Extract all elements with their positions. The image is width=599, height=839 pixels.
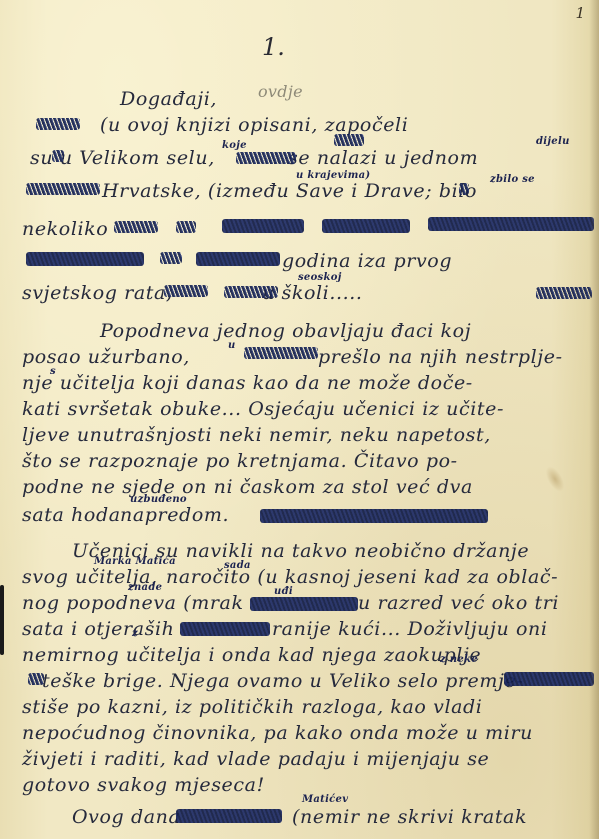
strikeout-blot	[504, 672, 594, 686]
text-line: podne ne sjede on ni časkom za stol već …	[22, 476, 599, 498]
text-line: (nemir ne skrivi kratak	[292, 806, 599, 828]
folio-number: 1	[575, 4, 585, 22]
text-line: nepoćudnog činovnika, pa kako onda može …	[22, 722, 599, 744]
insertion-text: koje	[222, 140, 247, 151]
strikeout-blot	[28, 673, 44, 685]
strikeout-blot	[114, 221, 158, 233]
strikeout-blot	[222, 219, 304, 233]
strikeout-blot	[26, 183, 100, 195]
strikeout-blot	[236, 152, 296, 164]
text-line: stiše po kazni, iz političkih razloga, k…	[22, 696, 599, 718]
insertion-text: Marka Matića	[94, 556, 176, 567]
text-line: godina iza prvog	[282, 250, 599, 272]
insertion-text: znade	[128, 582, 162, 593]
binding-edge-mark	[0, 585, 4, 655]
strikeout-blot	[322, 219, 410, 233]
insertion-text: z	[132, 628, 138, 639]
strikeout-blot	[36, 118, 80, 130]
manuscript-page: 1 1. Događaji,(u ovoj knjizi opisani, za…	[0, 0, 599, 839]
text-line: u razred već oko tri	[358, 592, 599, 614]
insertion-text: z neke	[440, 654, 478, 665]
strikeout-blot	[250, 597, 358, 611]
text-line: živjeti i raditi, kad vlade padaju i mij…	[22, 748, 599, 770]
insertion-text: ovdje	[258, 82, 303, 101]
text-line: (u ovoj knjizi opisani, započeli	[100, 114, 599, 136]
strikeout-blot	[164, 285, 208, 297]
text-line: što se razpoznaje po kretnjama. Čitavo p…	[22, 450, 599, 472]
insertion-text: zbilo se	[490, 174, 535, 185]
text-line: kati svršetak obuke... Osjećaju učenici …	[22, 398, 599, 420]
strikeout-blot	[26, 252, 144, 266]
strikeout-blot	[536, 287, 592, 299]
insertion-text: dijelu	[536, 136, 570, 147]
insertion-text: u	[228, 340, 236, 351]
strikeout-blot	[176, 221, 196, 233]
strikeout-blot	[52, 150, 64, 162]
insertion-text: s	[50, 366, 56, 377]
strikeout-blot	[260, 509, 488, 523]
text-line: ljeve unutrašnjosti neki nemir, neku nap…	[22, 424, 599, 446]
strikeout-blot	[224, 286, 278, 298]
strikeout-blot	[428, 217, 594, 231]
text-line: nemirnog učitelja i onda kad njega zaoku…	[22, 644, 599, 666]
insertion-text: Matićev	[302, 794, 348, 805]
strikeout-blot	[176, 809, 282, 823]
insertion-text: u krajevima)	[296, 170, 370, 181]
strikeout-blot	[180, 622, 270, 636]
strikeout-blot	[334, 134, 364, 146]
insertion-text: uđi	[274, 586, 293, 597]
strikeout-blot	[196, 252, 280, 266]
text-line: Događaji,	[120, 88, 599, 110]
insertion-text: uzbuđeno	[130, 494, 187, 505]
insertion-text: sada	[224, 560, 251, 571]
chapter-heading: 1.	[262, 33, 285, 61]
text-line: se nalazi u jednom	[288, 147, 599, 169]
text-line: nje učitelja koji danas kao da ne može d…	[22, 372, 599, 394]
text-line: ranije kući... Doživljuju oni	[272, 618, 599, 640]
text-line: gotovo svakog mjeseca!	[22, 774, 599, 796]
strikeout-blot	[160, 252, 182, 264]
strikeout-blot	[459, 183, 469, 195]
strikeout-blot	[244, 347, 318, 359]
text-line: Popodneva jednog obavljaju đaci koj	[100, 320, 599, 342]
text-line: prešlo na njih nestrplje-	[318, 346, 599, 368]
insertion-text: seoskoj	[298, 272, 342, 283]
